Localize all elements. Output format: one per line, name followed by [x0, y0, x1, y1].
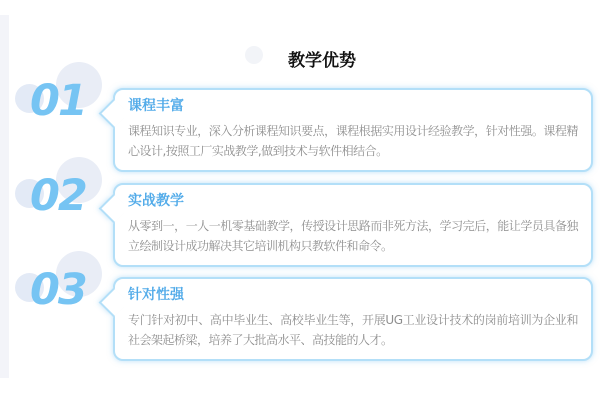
card-body: 从零到一，一人一机零基础教学，传授设计思路而非死方法，学习完后，能让学员具备独立… [128, 216, 578, 256]
section-number: 03 [30, 269, 86, 312]
advantage-card: 针对性强 专门针对初中、高中毕业生、高校毕业生等，开展UG工业设计技术的岗前培训… [113, 277, 593, 361]
advantage-card: 课程丰富 课程知识专业，深入分析课程知识要点，课程根据实用设计经验教学，针对性强… [113, 88, 593, 172]
card-body: 专门针对初中、高中毕业生、高校毕业生等，开展UG工业设计技术的岗前培训为企业和社… [128, 310, 578, 350]
card-title: 实战教学 [128, 192, 578, 210]
card-arrow-left [99, 99, 129, 129]
page-title: 教学优势 [288, 46, 356, 71]
section-number: 01 [30, 80, 86, 123]
left-accent-bar [0, 15, 9, 378]
page: 教学优势 01 课程丰富 课程知识专业，深入分析课程知识要点，课程根据实用设计经… [0, 0, 600, 400]
card-body: 课程知识专业，深入分析课程知识要点，课程根据实用设计经验教学，针对性强。课程精心… [128, 121, 578, 161]
card-arrow-left [99, 194, 129, 224]
card-arrow-left [99, 288, 129, 318]
title-decor-circle [245, 46, 263, 64]
card-title: 课程丰富 [128, 97, 578, 115]
card-title: 针对性强 [128, 286, 578, 304]
advantage-card: 实战教学 从零到一，一人一机零基础教学，传授设计思路而非死方法，学习完后，能让学… [113, 183, 593, 267]
section-number: 02 [30, 175, 86, 218]
